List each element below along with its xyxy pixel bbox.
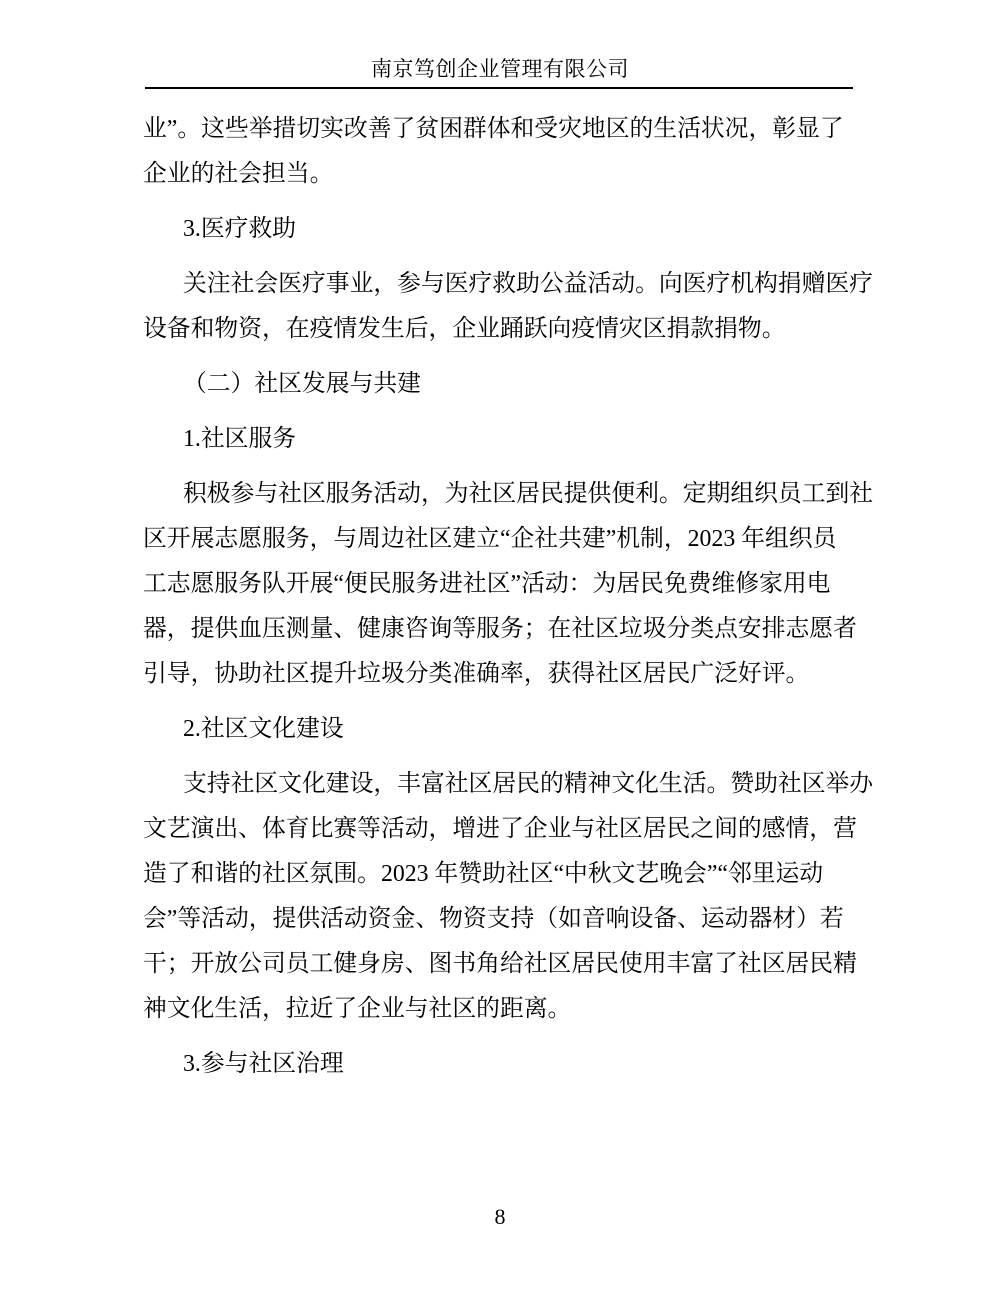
text-line: 设备和物资，在疫情发生后，企业踊跃向疫情灾区捐款捐物。 xyxy=(143,307,863,352)
text-line: 关注社会医疗事业，参与医疗救助公益活动。向医疗机构捐赠医疗 xyxy=(143,262,863,307)
section-heading: 2.社区文化建设 xyxy=(143,707,863,752)
text-line: 2.社区文化建设 xyxy=(143,707,863,752)
text-line: 神文化生活，拉近了企业与社区的距离。 xyxy=(143,987,863,1032)
paragraph: 关注社会医疗事业，参与医疗救助公益活动。向医疗机构捐赠医疗设备和物资，在疫情发生… xyxy=(143,262,863,352)
text-line: 企业的社会担当。 xyxy=(143,152,863,197)
page-header-company-name: 南京笃创企业管理有限公司 xyxy=(0,57,1000,81)
text-line: 积极参与社区服务活动，为社区居民提供便利。定期组织员工到社 xyxy=(143,472,863,517)
text-line: 造了和谐的社区氛围。2023 年赞助社区“中秋文艺晚会”“邻里运动 xyxy=(143,852,863,897)
text-line: 1.社区服务 xyxy=(143,417,863,462)
text-line: 3.参与社区治理 xyxy=(143,1042,863,1087)
section-heading: 3.参与社区治理 xyxy=(143,1042,863,1087)
header-rule xyxy=(145,87,853,89)
paragraph: 积极参与社区服务活动，为社区居民提供便利。定期组织员工到社区开展志愿服务，与周边… xyxy=(143,472,863,697)
text-line: 干；开放公司员工健身房、图书角给社区居民使用丰富了社区居民精 xyxy=(143,942,863,987)
document-body: 业”。这些举措切实改善了贫困群体和受灾地区的生活状况，彰显了企业的社会担当。3.… xyxy=(143,107,863,1097)
text-line: 区开展志愿服务，与周边社区建立“企社共建”机制，2023 年组织员 xyxy=(143,517,863,562)
text-line: 引导，协助社区提升垃圾分类准确率，获得社区居民广泛好评。 xyxy=(143,652,863,697)
text-line: 业”。这些举措切实改善了贫困群体和受灾地区的生活状况，彰显了 xyxy=(143,107,863,152)
text-line: 文艺演出、体育比赛等活动，增进了企业与社区居民之间的感情，营 xyxy=(143,807,863,852)
section-heading: 3.医疗救助 xyxy=(143,207,863,252)
page-number: 8 xyxy=(0,1202,1000,1232)
section-heading: 1.社区服务 xyxy=(143,417,863,462)
text-line: 支持社区文化建设，丰富社区居民的精神文化生活。赞助社区举办 xyxy=(143,762,863,807)
text-line: 3.医疗救助 xyxy=(143,207,863,252)
paragraph: 支持社区文化建设，丰富社区居民的精神文化生活。赞助社区举办文艺演出、体育比赛等活… xyxy=(143,762,863,1032)
text-line: 会”等活动，提供活动资金、物资支持（如音响设备、运动器材）若 xyxy=(143,897,863,942)
section-heading: （二）社区发展与共建 xyxy=(143,362,863,407)
text-line: 器，提供血压测量、健康咨询等服务；在社区垃圾分类点安排志愿者 xyxy=(143,607,863,652)
text-line: 工志愿服务队开展“便民服务进社区”活动：为居民免费维修家用电 xyxy=(143,562,863,607)
paragraph: 业”。这些举措切实改善了贫困群体和受灾地区的生活状况，彰显了企业的社会担当。 xyxy=(143,107,863,197)
text-line: （二）社区发展与共建 xyxy=(143,362,863,407)
